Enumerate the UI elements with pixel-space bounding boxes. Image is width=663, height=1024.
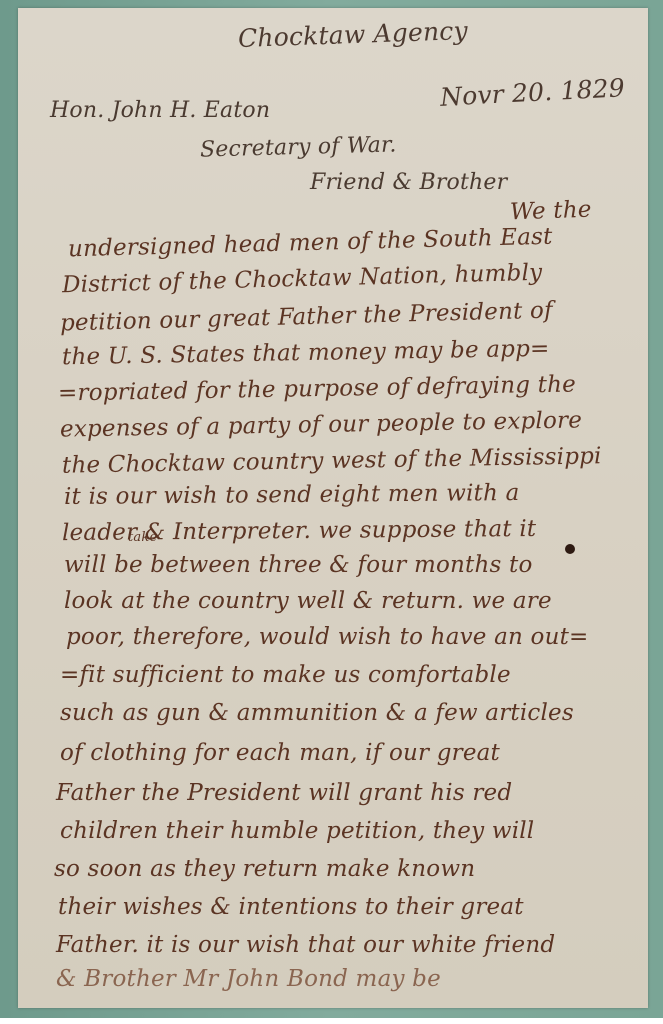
body-line: will be between three & four months to [64, 552, 533, 578]
body-line: of clothing for each man, if our great [60, 740, 500, 766]
body-line: such as gun & ammunition & a few article… [60, 700, 574, 726]
salutation: Friend & Brother [310, 170, 507, 195]
body-line: Father the President will grant his red [56, 780, 512, 806]
interlinear-insertion: take [128, 530, 157, 545]
recipient-name: Hon. John H. Eaton [50, 98, 270, 123]
body-line: poor, therefore, would wish to have an o… [66, 624, 589, 650]
body-line: =fit sufficient to make us comfortable [60, 662, 511, 688]
body-line: it is our wish to send eight men with a [64, 480, 520, 510]
body-line: their wishes & intentions to their great [58, 894, 524, 920]
recipient-title: Secretary of War. [200, 132, 397, 162]
body-line: children their humble petition, they wil… [60, 818, 534, 844]
ink-blot [565, 544, 575, 554]
body-line: look at the country well & return. we ar… [64, 588, 552, 614]
body-line: Father. it is our wish that our white fr… [56, 932, 555, 958]
body-line: & Brother Mr John Bond may be [56, 966, 441, 992]
body-line: We the [510, 197, 592, 226]
body-line: so soon as they return make known [54, 856, 475, 882]
